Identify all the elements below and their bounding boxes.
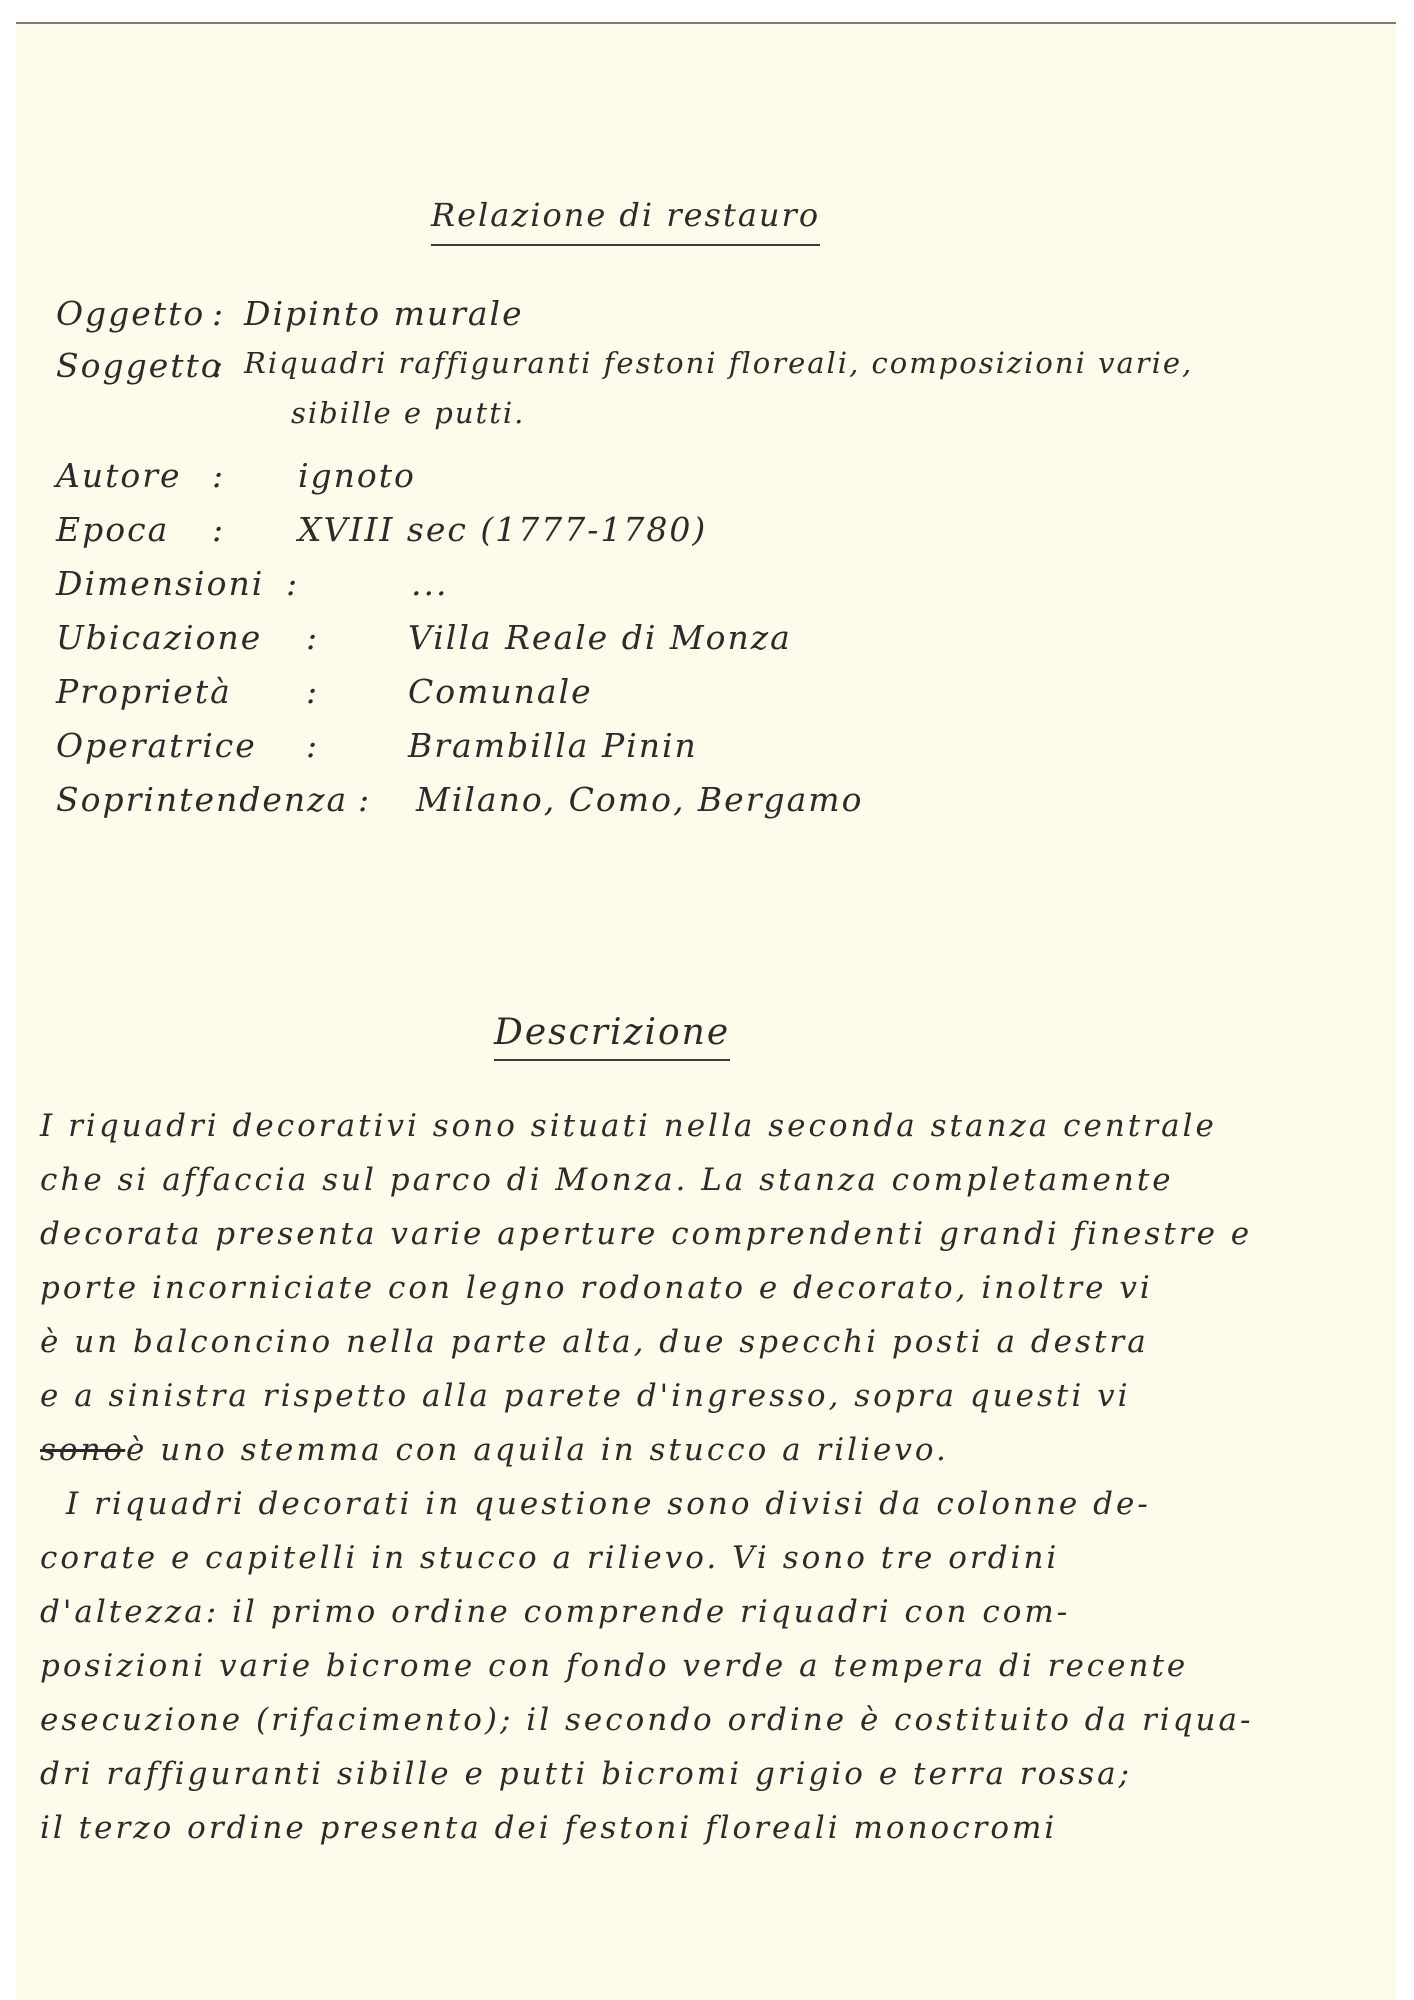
field-label-ubicazione: Ubicazione: [56, 618, 262, 657]
section-heading-descrizione: Descrizione: [494, 1012, 730, 1061]
field-separator: :: [306, 618, 319, 657]
description-line: che si affaccia sul parco di Monza. La s…: [40, 1162, 1174, 1198]
field-separator: :: [212, 346, 225, 385]
description-line: d'altezza: il primo ordine comprende riq…: [40, 1594, 1070, 1630]
field-value-operatrice: Brambilla Pinin: [408, 726, 698, 765]
field-value-oggetto: Dipinto murale: [244, 294, 524, 333]
field-separator: :: [212, 294, 225, 333]
field-separator: :: [306, 726, 319, 765]
field-separator: :: [286, 564, 299, 603]
description-line: è un balconcino nella parte alta, due sp…: [40, 1324, 1149, 1360]
field-label-epoca: Epoca: [56, 510, 169, 549]
notebook-page: Relazione di restauro Oggetto : Dipinto …: [16, 22, 1396, 2000]
description-line: e a sinistra rispetto alla parete d'ingr…: [40, 1378, 1131, 1414]
field-label-oggetto: Oggetto: [56, 294, 205, 333]
field-label-autore: Autore: [56, 456, 182, 495]
field-separator: :: [212, 510, 225, 549]
field-label-proprieta: Proprietà: [56, 672, 232, 711]
field-value-dimensioni: ...: [411, 564, 448, 603]
field-label-operatrice: Operatrice: [56, 726, 257, 765]
description-line: I riquadri decorati in questione sono di…: [66, 1486, 1151, 1522]
description-line: il terzo ordine presenta dei festoni flo…: [40, 1810, 1057, 1846]
description-line: porte incorniciate con legno rodonato e …: [40, 1270, 1153, 1306]
description-line: posizioni varie bicrome con fondo verde …: [40, 1648, 1188, 1684]
field-separator: :: [306, 672, 319, 711]
field-separator: :: [212, 456, 225, 495]
field-value-soprintendenza: Milano, Como, Bergamo: [416, 780, 863, 819]
document-title: Relazione di restauro: [431, 196, 820, 246]
field-value-proprieta: Comunale: [408, 672, 593, 711]
field-value-autore: ignoto: [298, 456, 416, 495]
description-line: è uno stemma con aquila in stucco a rili…: [126, 1432, 949, 1468]
field-value-soggetto-cont: sibille e putti.: [291, 396, 525, 430]
field-label-soggetto: Soggetto: [56, 346, 223, 385]
description-line: corate e capitelli in stucco a rilievo. …: [40, 1540, 1059, 1576]
field-label-dimensioni: Dimensioni: [56, 564, 264, 603]
field-separator: :: [358, 780, 371, 819]
description-line: esecuzione (rifacimento); il secondo ord…: [40, 1702, 1253, 1738]
struck-word: sono: [40, 1432, 125, 1468]
field-label-soprintendenza: Soprintendenza: [56, 780, 348, 819]
field-value-epoca: XVIII sec (1777-1780): [298, 510, 707, 549]
field-value-ubicazione: Villa Reale di Monza: [408, 618, 792, 657]
description-line: decorata presenta varie aperture compren…: [40, 1216, 1252, 1252]
description-line: I riquadri decorativi sono situati nella…: [40, 1108, 1217, 1144]
field-value-soggetto: Riquadri raffiguranti festoni floreali, …: [244, 346, 1193, 380]
description-line: dri raffiguranti sibille e putti bicromi…: [40, 1756, 1132, 1792]
